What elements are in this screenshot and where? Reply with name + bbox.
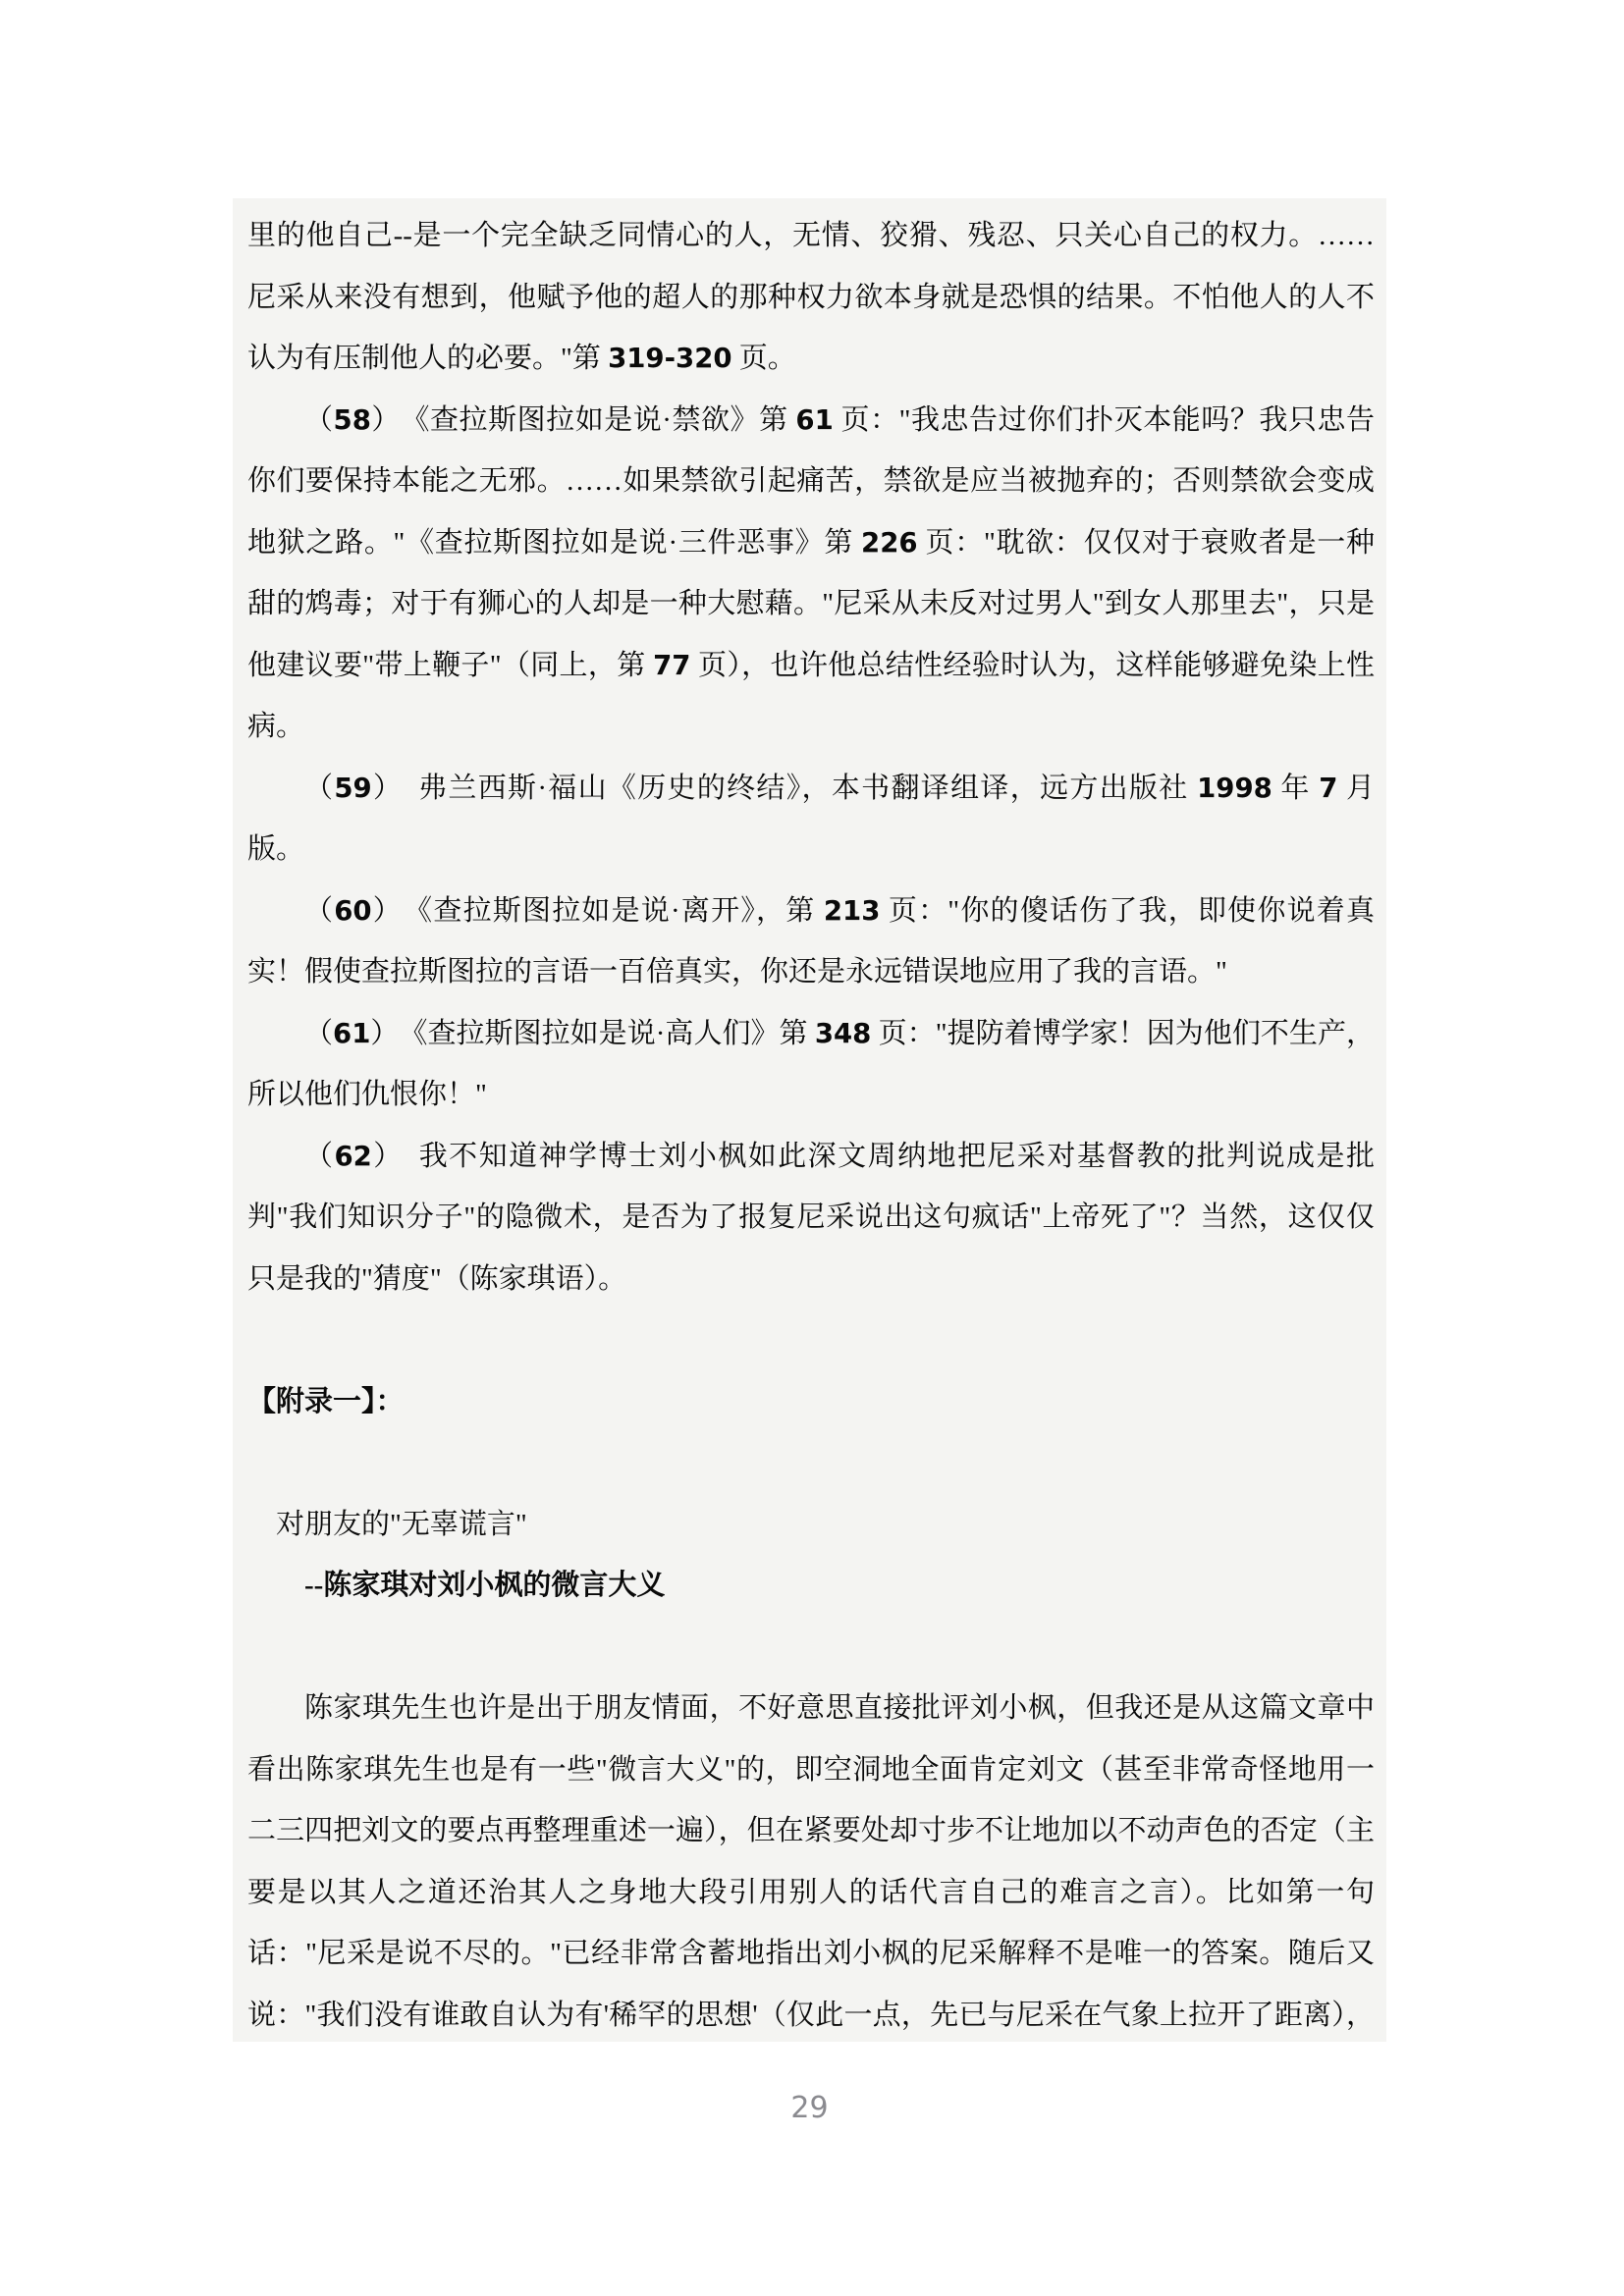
numeral: 213: [824, 895, 881, 927]
numeral: 61: [333, 1018, 370, 1049]
paragraph-continued: 里的他自己--是一个完全缺乏同情心的人，无情、狡猾、残忍、只关心自己的权力。………: [247, 205, 1375, 390]
numeral: 226: [861, 527, 918, 559]
numeral: 1998: [1197, 773, 1272, 804]
blank-line: [247, 1309, 1375, 1371]
numeral: 348: [815, 1018, 872, 1049]
document-page: 里的他自己--是一个完全缺乏同情心的人，无情、狡猾、残忍、只关心自己的权力。………: [0, 0, 1624, 2296]
numeral: 59: [334, 773, 371, 804]
appendix-heading: 【附录一】：: [247, 1371, 1375, 1433]
note-58: （58） 《查拉斯图拉如是说·禁欲》第 61 页："我忠告过你们扑灭本能吗？我只…: [247, 390, 1375, 758]
appendix-paragraph: 陈家琪先生也许是出于朋友情面，不好意思直接批评刘小枫，但我还是从这篇文章中看出陈…: [247, 1678, 1375, 2042]
numeral: 62: [334, 1141, 371, 1172]
blank-line: [247, 1432, 1375, 1494]
blank-line: [247, 1617, 1375, 1679]
note-59: （59） 弗兰西斯·福山《历史的终结》，本书翻译组译，远方出版社 1998 年 …: [247, 758, 1375, 881]
appendix-title: 对朋友的"无辜谎言": [247, 1494, 1375, 1556]
appendix-byline: --陈家琪对刘小枫的微言大义: [247, 1555, 1375, 1617]
numeral: 58: [334, 404, 371, 436]
numeral: 61: [795, 404, 833, 436]
numeral: 319-320: [608, 343, 731, 374]
numeral: 7: [1319, 773, 1337, 804]
note-61: （61） 《查拉斯图拉如是说·高人们》第 348 页："提防着博学家！因为他们不…: [247, 1003, 1375, 1126]
note-62: （62） 我不知道神学博士刘小枫如此深文周纳地把尼采对基督教的批判说成是批判"我…: [247, 1126, 1375, 1310]
numeral: 60: [334, 895, 371, 927]
note-60: （60） 《查拉斯图拉如是说·离开》，第 213 页："你的傻话伤了我，即使你说…: [247, 881, 1375, 1003]
page-number: 29: [233, 2089, 1386, 2128]
numeral: 77: [653, 650, 690, 681]
text-block: 里的他自己--是一个完全缺乏同情心的人，无情、狡猾、残忍、只关心自己的权力。………: [233, 198, 1386, 2042]
